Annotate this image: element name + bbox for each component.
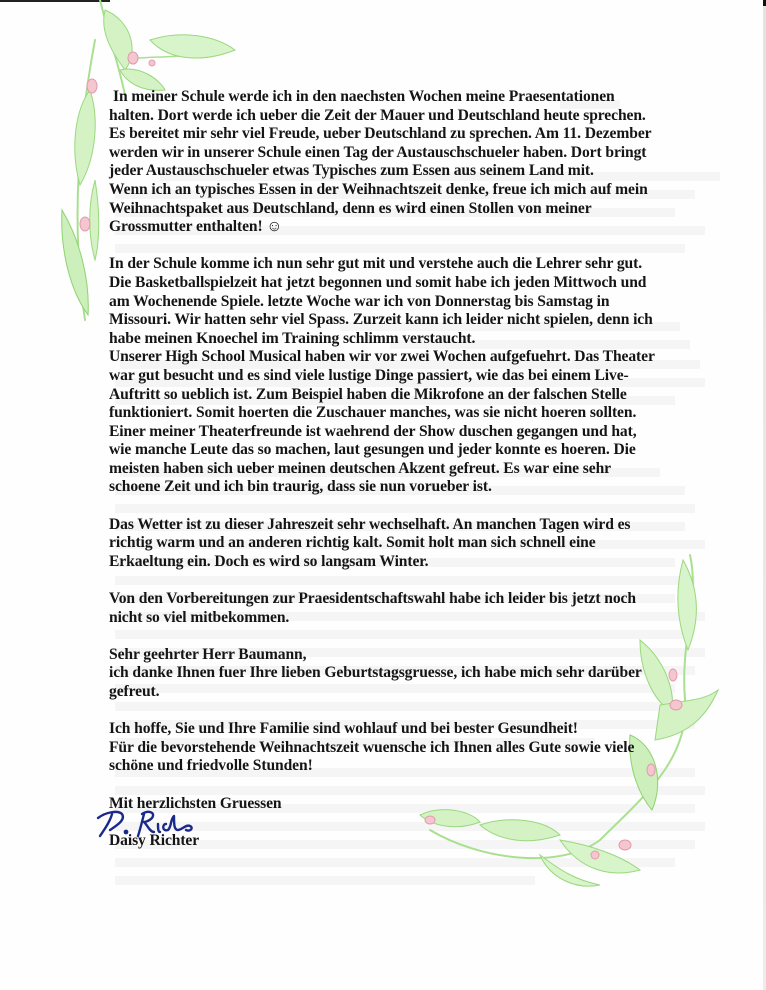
letter-line: am Wochenende Spiele. letzte Woche war i… — [109, 293, 609, 310]
letter-line: habe meinen Knoechel im Training schlimm… — [109, 330, 475, 347]
letter-line: Sehr geehrter Herr Baumann, — [109, 646, 306, 663]
letter-line: Das Wetter ist zu dieser Jahreszeit sehr… — [109, 516, 630, 533]
letter-line: jeder Austauschschueler etwas Typisches … — [109, 162, 594, 179]
letter-line: funktioniert. Somit hoerten die Zuschaue… — [109, 404, 636, 421]
paragraph-gap — [109, 776, 669, 795]
letter-line: Es bereitet mir sehr viel Freude, ueber … — [109, 125, 652, 142]
letter-line: nicht so viel mitbekommen. — [109, 609, 289, 626]
letter-line: In der Schule komme ich nun sehr gut mit… — [109, 255, 642, 272]
letter-line: wie manche Leute das so machen, laut ges… — [109, 441, 636, 458]
paragraph-gap — [109, 237, 669, 256]
paragraph-gap — [109, 571, 669, 590]
paragraph-gap — [109, 627, 669, 646]
letter-line: Von den Vorbereitungen zur Praesidentsch… — [109, 590, 636, 607]
letter-line: Unserer High School Musical haben wir vo… — [109, 348, 655, 365]
letter-paragraph: Das Wetter ist zu dieser Jahreszeit sehr… — [109, 516, 669, 572]
letter-line: Einer meiner Theaterfreunde ist waehrend… — [109, 423, 637, 440]
letter-line: Für die bevorstehende Weihnachtszeit wue… — [109, 739, 634, 756]
letter-line: werden wir in unserer Schule einen Tag d… — [109, 144, 646, 161]
letter-line: richtig warm und an anderen richtig kalt… — [109, 534, 596, 551]
letter-line: schoene Zeit und ich bin traurig, dass s… — [109, 478, 492, 495]
letter-line: Missouri. Wir hatten sehr viel Spass. Zu… — [109, 311, 653, 328]
letter-line: Weihnachtspaket aus Deutschland, denn es… — [109, 200, 592, 217]
letter-paragraph: Sehr geehrter Herr Baumann,ich danke Ihn… — [109, 646, 669, 702]
letter-paragraph: Ich hoffe, Sie und Ihre Familie sind woh… — [109, 720, 669, 776]
letter-paragraph: Von den Vorbereitungen zur Praesidentsch… — [109, 590, 669, 627]
letter-line: Erkaeltung ein. Doch es wird so langsam … — [109, 553, 428, 570]
letter-line: Auftritt so ueblich ist. Zum Beispiel ha… — [109, 386, 627, 403]
signature — [92, 806, 212, 842]
letter-line: meisten haben sich ueber meinen deutsche… — [109, 460, 611, 477]
letter-body: In meiner Schule werde ich in den naechs… — [109, 88, 669, 850]
letter-line: In meiner Schule werde ich in den naechs… — [109, 88, 615, 105]
letter-paragraph: In der Schule komme ich nun sehr gut mit… — [109, 255, 669, 497]
paragraph-gap — [109, 497, 669, 516]
scanned-letter-page: In meiner Schule werde ich in den naechs… — [0, 0, 766, 990]
handwritten-signature-icon — [92, 806, 212, 842]
letter-line: ich danke Ihnen fuer Ihre lieben Geburts… — [109, 664, 642, 681]
letter-line: gefreut. — [109, 683, 159, 700]
letter-paragraph: In meiner Schule werde ich in den naechs… — [109, 88, 669, 237]
paragraph-gap — [109, 702, 669, 721]
letter-line: Wenn ich an typisches Essen in der Weihn… — [109, 181, 648, 198]
letter-line: schöne und friedvolle Stunden! — [109, 757, 313, 774]
scan-edge-top — [0, 0, 110, 2]
letter-line: war gut besucht und es sind viele lustig… — [109, 367, 629, 384]
letter-line: halten. Dort werde ich ueber die Zeit de… — [109, 107, 646, 124]
letter-line: Ich hoffe, Sie und Ihre Familie sind woh… — [109, 720, 578, 737]
letter-line: Die Basketballspielzeit hat jetzt begonn… — [109, 274, 646, 291]
letter-line: Grossmutter enthalten! ☺ — [109, 218, 282, 235]
